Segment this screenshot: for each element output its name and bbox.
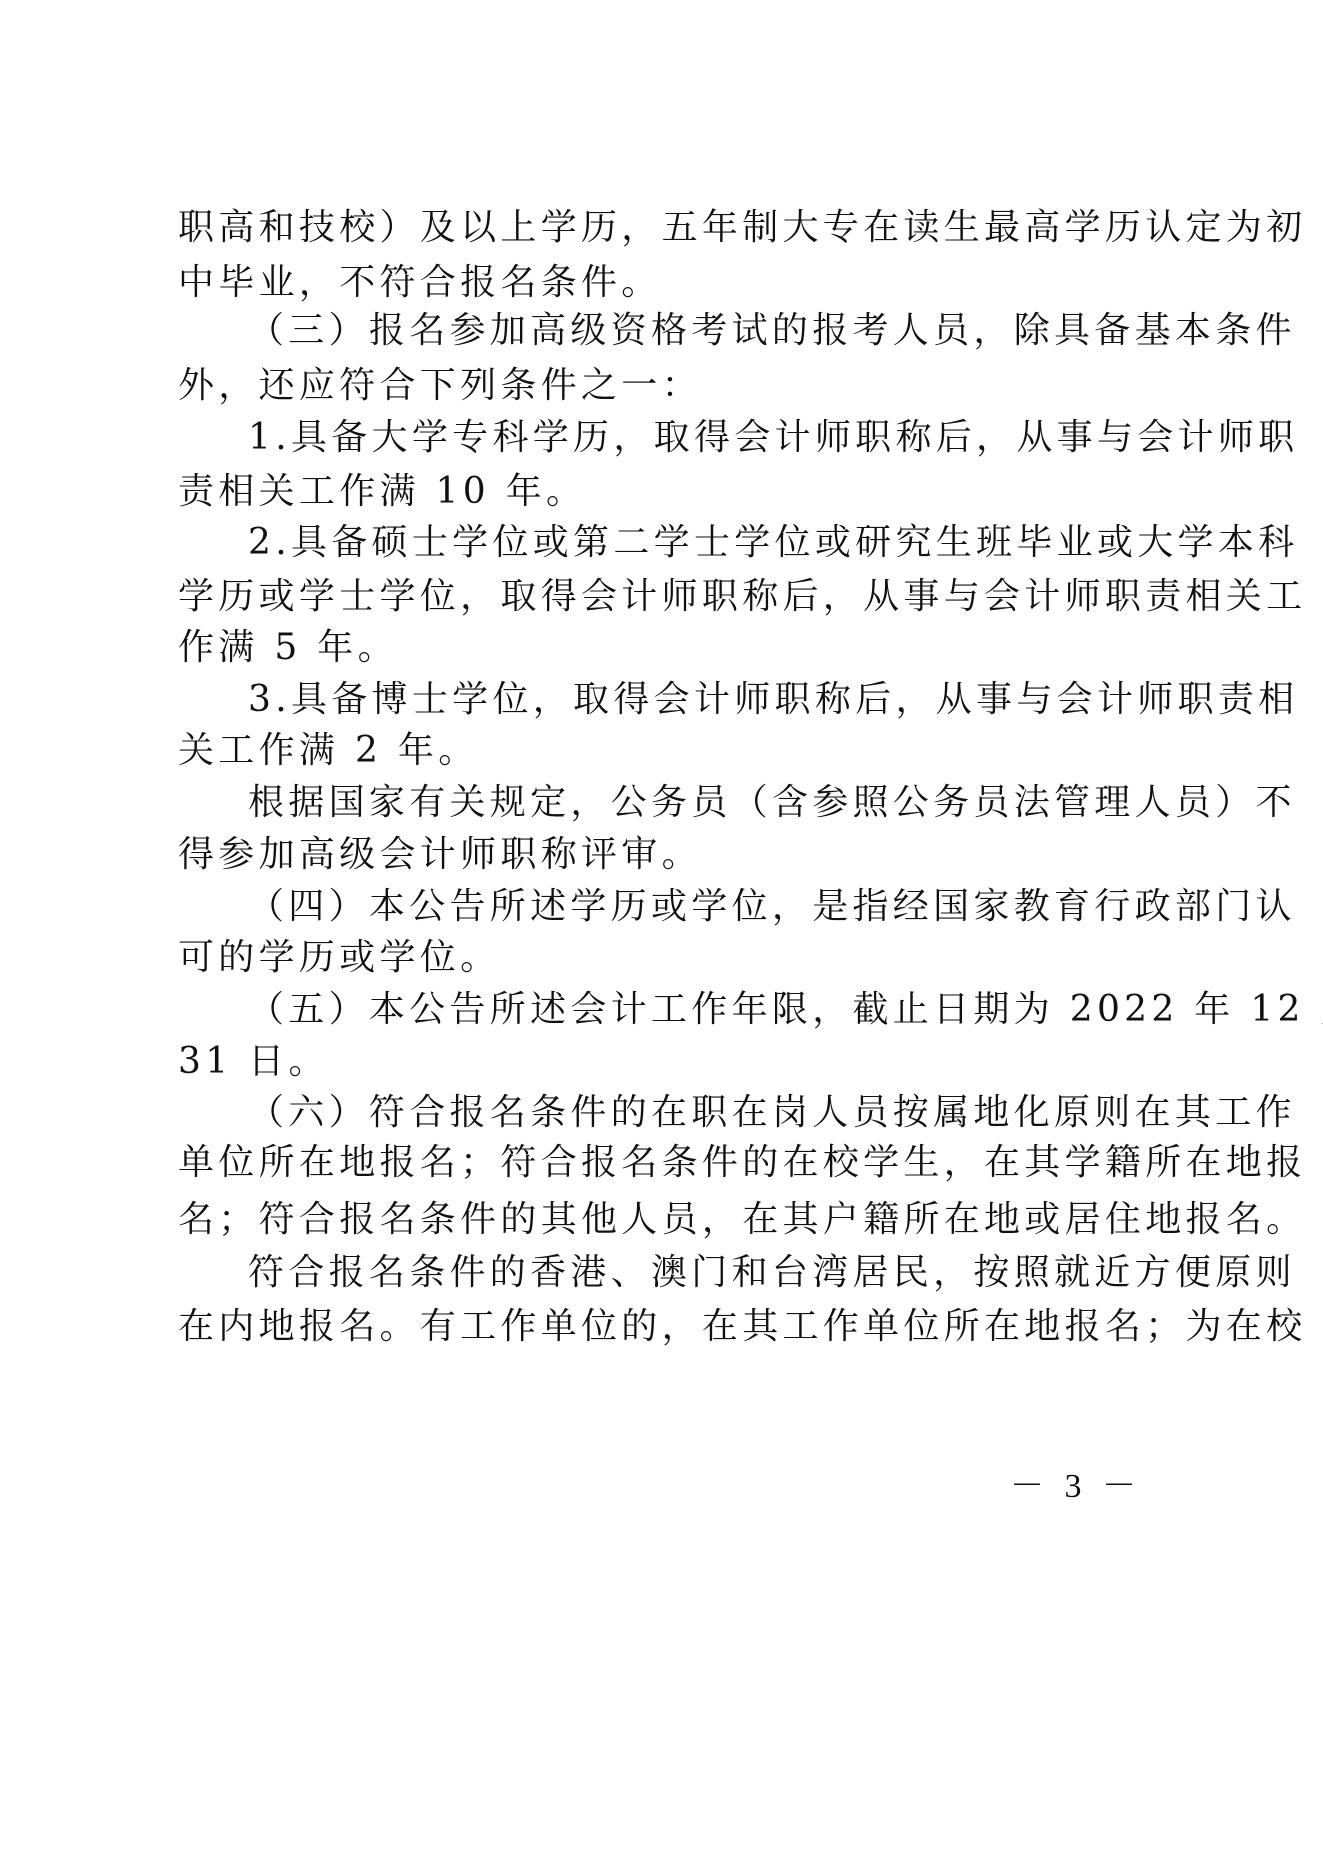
text-line: 关工作满 2 年。 [178, 729, 1138, 773]
text-line: 学历或学士学位，取得会计师职称后，从事与会计师职责相关工 [178, 575, 1138, 619]
text-line: 责相关工作满 10 年。 [178, 470, 1138, 514]
text-line: 单位所在地报名；符合报名条件的在校学生，在其学籍所在地报 [178, 1141, 1138, 1185]
document-page: 职高和技校）及以上学历，五年制大专在读生最高学历认定为初中毕业，不符合报名条件。… [0, 0, 1323, 1871]
text-line: 31 日。 [178, 1040, 1138, 1084]
text-line: 职高和技校）及以上学历，五年制大专在读生最高学历认定为初 [178, 206, 1138, 250]
text-line: （三）报名参加高级资格考试的报考人员，除具备基本条件 [248, 309, 1138, 353]
text-line: 作满 5 年。 [178, 626, 1138, 670]
text-line: 可的学历或学位。 [178, 936, 1138, 980]
text-line: 名；符合报名条件的其他人员，在其户籍所在地或居住地报名。 [178, 1198, 1138, 1242]
text-line: 符合报名条件的香港、澳门和台湾居民，按照就近方便原则 [248, 1251, 1138, 1295]
text-line: 中毕业，不符合报名条件。 [178, 261, 1138, 305]
text-line: 外，还应符合下列条件之一： [178, 364, 1138, 408]
text-line: 在内地报名。有工作单位的，在其工作单位所在地报名；为在校 [178, 1305, 1138, 1349]
text-line: 得参加高级会计师职称评审。 [178, 833, 1138, 877]
page-number: － 3 － [1010, 1465, 1142, 1509]
text-line: （六）符合报名条件的在职在岗人员按属地化原则在其工作 [248, 1091, 1138, 1135]
text-line: 1.具备大学专科学历，取得会计师职称后，从事与会计师职 [248, 416, 1138, 460]
text-line: 根据国家有关规定，公务员（含参照公务员法管理人员）不 [248, 781, 1138, 825]
text-line: （四）本公告所述学历或学位，是指经国家教育行政部门认 [248, 885, 1138, 929]
text-line: （五）本公告所述会计工作年限，截止日期为 2022 年 12 月 [248, 988, 1138, 1032]
text-line: 3.具备博士学位，取得会计师职称后，从事与会计师职责相 [248, 678, 1138, 722]
text-line: 2.具备硕士学位或第二学士学位或研究生班毕业或大学本科 [248, 521, 1138, 565]
